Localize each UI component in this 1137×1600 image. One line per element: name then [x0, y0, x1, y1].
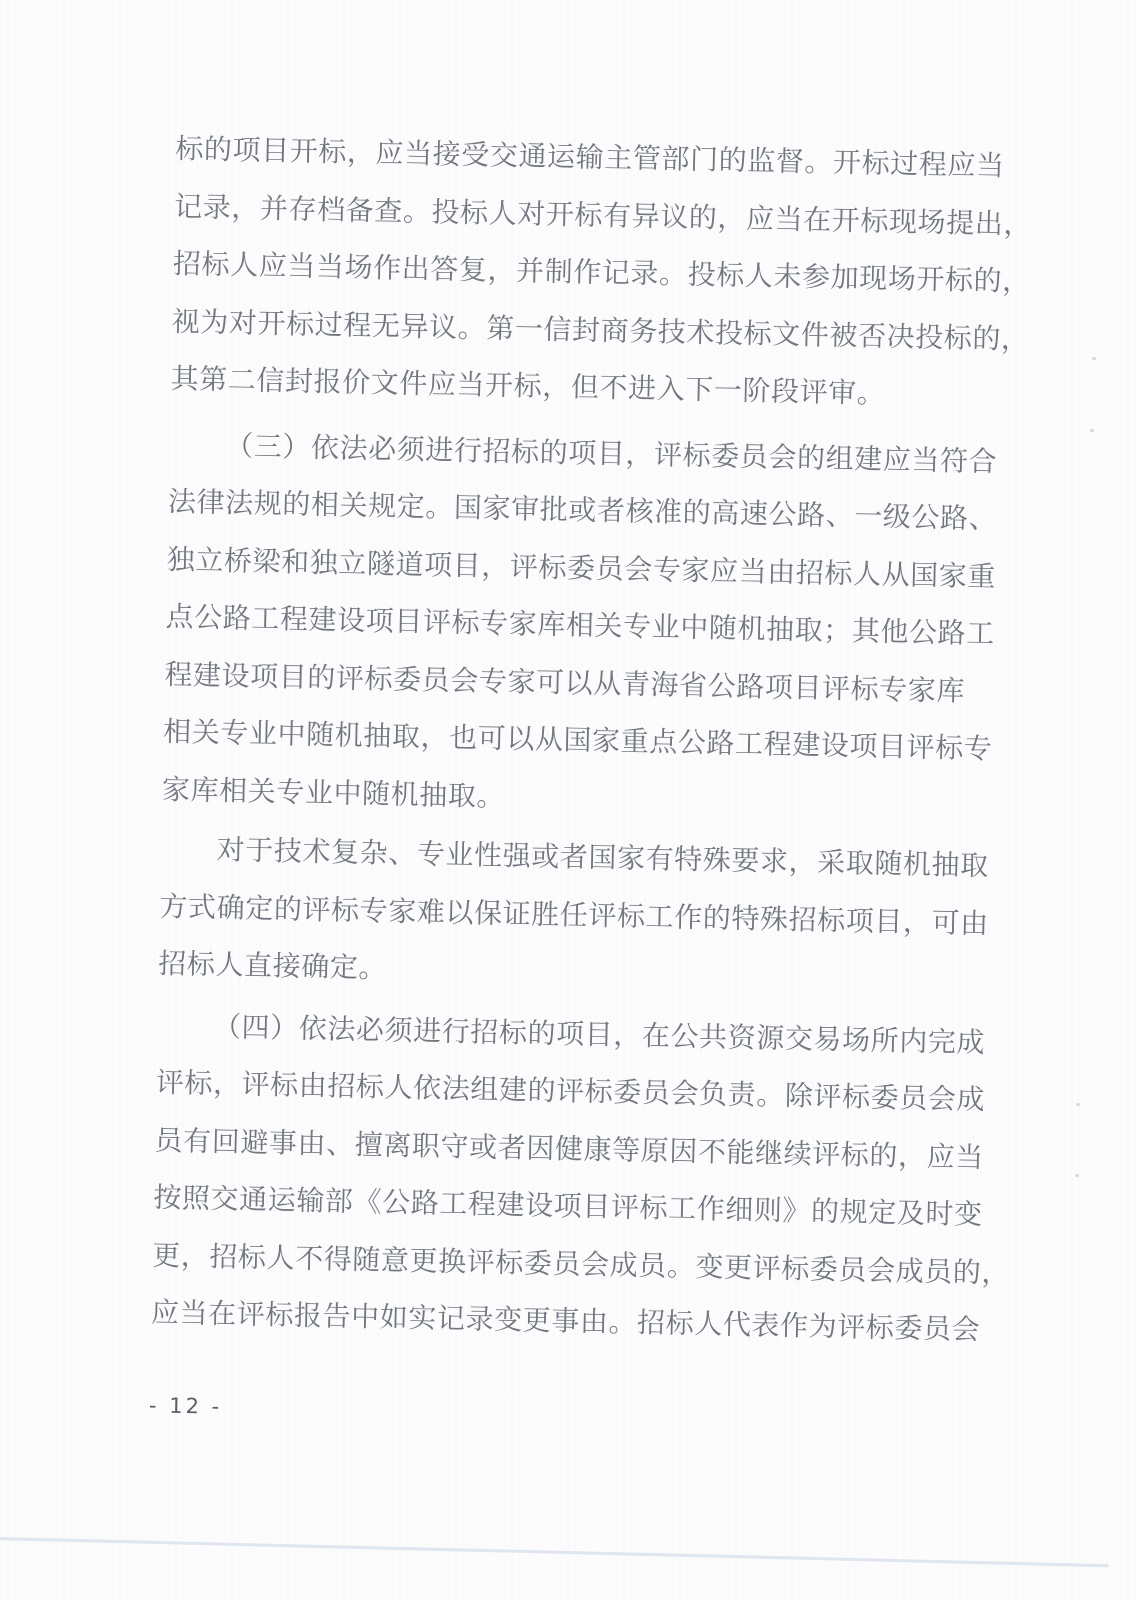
scan-speck [1075, 1174, 1079, 1177]
paragraph-item-four-evaluation-venue: （四）依法必须进行招标的项目，在公共资源交易场所内完成 评标，评标由招标人依法组… [150, 996, 989, 1358]
paragraph-bid-opening-continuation: 标的项目开标，应当接受交通运输主管部门的监督。开标过程应当 记录，并存档备查。投… [170, 120, 1008, 425]
scan-speck [1090, 429, 1094, 432]
document-page: 标的项目开标，应当接受交通运输主管部门的监督。开标过程应当 记录，并存档备查。投… [0, 0, 1137, 1600]
scan-speck [1092, 357, 1096, 360]
page-number: - 12 - [149, 1393, 223, 1418]
paragraph-item-three-evaluation-committee: （三）依法必须进行招标的项目，评标委员会的组建应当符合 法律法规的相关规定。国家… [161, 415, 1001, 835]
scan-edge-artifact [0, 1537, 1109, 1567]
paragraph-direct-determination-exception: 对于技术复杂、专业性强或者国家有特殊要求，采取随机抽取 方式确定的评标专家难以保… [158, 820, 993, 1010]
document-body-text: 标的项目开标，应当接受交通运输主管部门的监督。开标过程应当 记录，并存档备查。投… [150, 120, 1007, 1359]
scan-speck [1076, 1103, 1080, 1106]
